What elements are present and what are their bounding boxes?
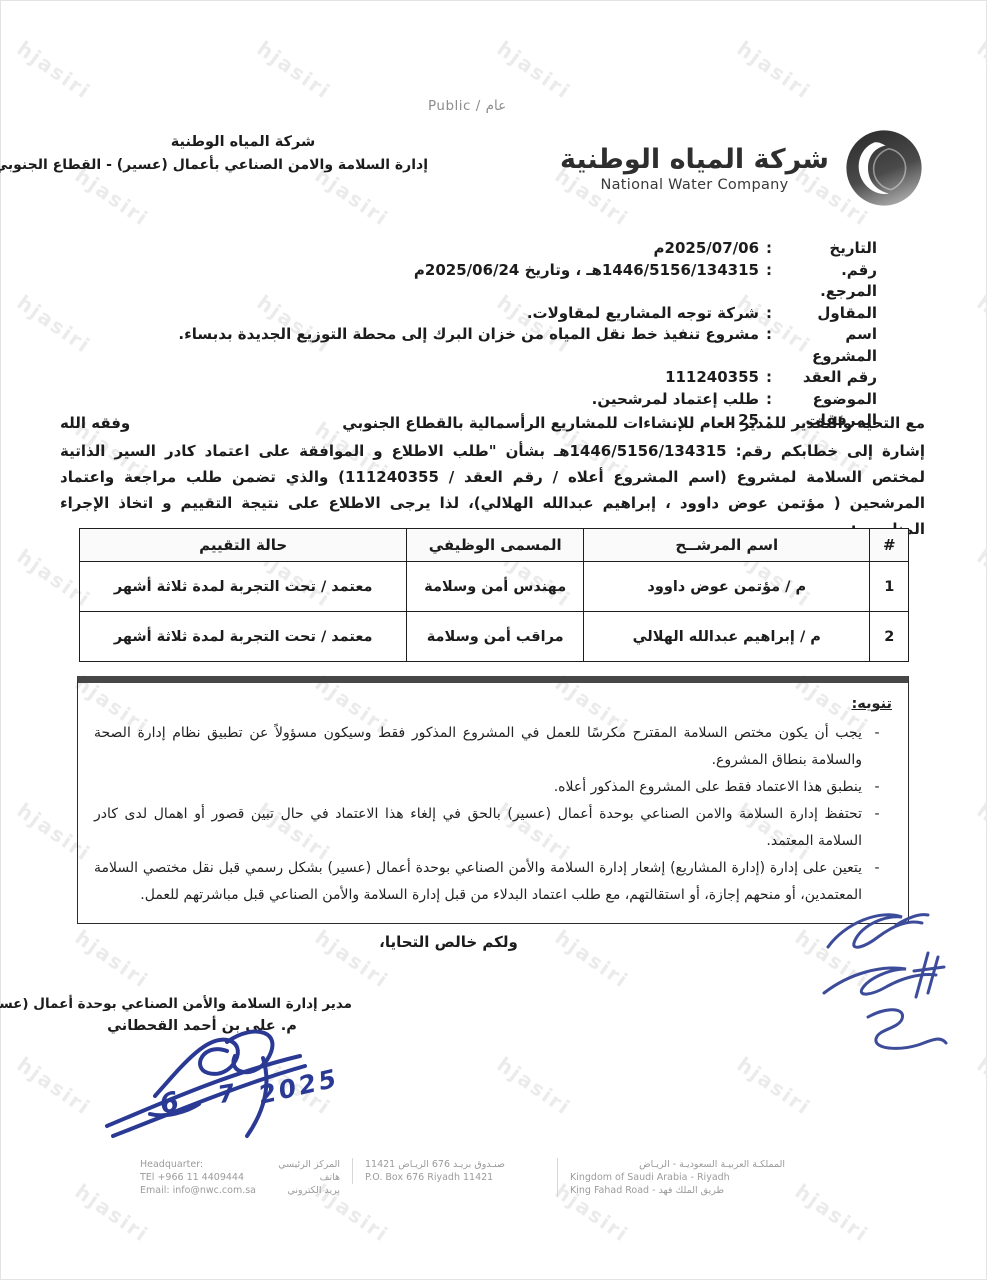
footer-contact-column: Headquarter: المركز الرئيسي TEl +966 11 … [140,1158,352,1197]
bullet-dash: - [862,801,892,855]
brand-text: شركة المياه الوطنية National Water Compa… [560,144,829,193]
meta-colon: : [759,238,779,260]
watermark-text: hjasiri [13,36,96,104]
letterhead: شركة المياه الوطنية إدارة السلامة والامن… [58,128,925,208]
meta-row-contractor: المقاول : شركة توجه المشاريع لمقاولات. [60,303,877,325]
notice-text: تحتفظ إدارة السلامة والامن الصناعي بوحدة… [94,801,862,855]
brand-name-ar: شركة المياه الوطنية [560,144,829,175]
footer-pobox-column: صنـدوق بريـد 676 الريـاض 11421 P.O. Box … [352,1158,557,1184]
meta-colon: : [759,389,779,411]
watermark-text: hjasiri [973,544,987,612]
meta-label: التاريخ [779,238,877,260]
cell-job-title: مراقب أمن وسلامة [407,612,584,662]
email-label-ar: بريد الكتروني [287,1184,340,1197]
meta-value: 2025/07/06م [60,238,759,260]
header-job-title: المسمى الوظيفي [407,529,584,562]
cell-number: 1 [870,562,909,612]
brand-name-en: National Water Company [560,177,829,193]
meta-label: اسم المشروع [779,324,877,367]
watermark-text: hjasiri [493,1052,576,1120]
meta-row-contract-number: رقم العقد : 111240355 [60,367,877,389]
cell-candidate-name: م / إبراهيم عبدالله الهلالي [584,612,870,662]
header-number: # [870,529,909,562]
letter-body: مع التحية والتقدير للمدير العام للإنشاءا… [60,410,925,542]
meta-value: 1446/5156/134315هـ ، وتاريخ 2025/06/24م [60,260,759,282]
meta-label: الموضوع [779,389,877,411]
notice-text: يتعين على إدارة (إدارة المشاريع) إشعار إ… [94,855,862,909]
bullet-dash: - [862,774,892,801]
cell-evaluation-status: معتمد / تحت التجربة لمدة ثلاثة أشهر [80,612,407,662]
handwritten-initials-icon [810,895,965,1070]
watermark-text: hjasiri [733,36,816,104]
cell-number: 2 [870,612,909,662]
notice-item: - تحتفظ إدارة السلامة والامن الصناعي بوح… [94,801,892,855]
watermark-text: hjasiri [253,36,336,104]
classification-label: Public / عام [428,98,506,114]
tel-label-en: TEl +966 11 4409444 [140,1171,244,1184]
meta-row-project: اسم المشروع : مشروع تنفيذ خط نقل المياه … [60,324,877,367]
meta-value: شركة توجه المشاريع لمقاولات. [60,303,759,325]
notice-text: يجب أن يكون مختص السلامة المقترح مكرسًا … [94,720,862,774]
meta-label: رقم العقد [779,367,877,389]
table-row: 2 م / إبراهيم عبدالله الهلالي مراقب أمن … [80,612,909,662]
hq-label-ar: المركز الرئيسي [278,1158,340,1171]
valediction-text: وفقه الله [60,410,130,436]
bullet-dash: - [862,720,892,774]
footer-address-column: المملكـة العربيـة السعوديـة - الريـاض Ki… [557,1158,797,1197]
closing-salutation: ولكم خالص التحايا، [0,933,897,951]
department-name: إدارة السلامة والامن الصناعي بأعمال (عسي… [58,157,428,173]
meta-value: 111240355 [60,367,759,389]
cell-job-title: مهندس أمن وسلامة [407,562,584,612]
watermark-text: hjasiri [973,290,987,358]
kingdom-en: Kingdom of Saudi Arabia - Riyadh [570,1171,785,1184]
table-row: 1 م / مؤتمن عوض داوود مهندس أمن وسلامة م… [80,562,909,612]
kingdom-ar: المملكـة العربيـة السعوديـة - الريـاض [570,1158,785,1171]
scanned-letter-page: hjasirihjasirihjasirihjasirihjasirihjasi… [0,0,987,1280]
meta-value: طلب إعتماد لمرشحين. [60,389,759,411]
meta-row-date: التاريخ : 2025/07/06م [60,238,877,260]
watermark-text: hjasiri [973,1052,987,1120]
watermark-text: hjasiri [733,1052,816,1120]
notice-item: - ينطبق هذا الاعتماد فقط على المشروع الم… [94,774,892,801]
watermark-text: hjasiri [973,798,987,866]
meta-colon: : [759,367,779,389]
pobox-en: P.O. Box 676 Riyadh 11421 [365,1171,545,1184]
greeting-row: مع التحية والتقدير للمدير العام للإنشاءا… [60,410,925,436]
watermark-text: hjasiri [791,1179,874,1247]
hq-label-en: Headquarter: [140,1158,203,1171]
notice-item: - يتعين على إدارة (إدارة المشاريع) إشعار… [94,855,892,909]
email-label-en: Email: info@nwc.com.sa [140,1184,256,1197]
footer-headquarter-row: Headquarter: المركز الرئيسي [140,1158,340,1171]
header-evaluation-status: حالة التقييم [80,529,407,562]
page-footer: Headquarter: المركز الرئيسي TEl +966 11 … [140,1158,797,1197]
meta-label: رقم. المرجع. [779,260,877,303]
tel-label-ar: هاتف [320,1171,340,1184]
meta-row-subject: الموضوع : طلب إعتماد لمرشحين. [60,389,877,411]
watermark-text: hjasiri [973,36,987,104]
notice-text: ينطبق هذا الاعتماد فقط على المشروع المذك… [94,774,862,801]
meta-colon: : [759,303,779,325]
notice-item: - يجب أن يكون مختص السلامة المقترح مكرسً… [94,720,892,774]
company-name-ar: شركة المياه الوطنية [58,134,428,150]
candidates-table: # اسم المرشــح المسمى الوظيفي حالة التقي… [79,528,909,662]
department-block: شركة المياه الوطنية إدارة السلامة والامن… [58,134,428,173]
meta-label: المقاول [779,303,877,325]
pobox-ar: صنـدوق بريـد 676 الريـاض 11421 [365,1158,545,1171]
meta-colon: : [759,260,779,282]
table-header-row: # اسم المرشــح المسمى الوظيفي حالة التقي… [80,529,909,562]
road-line: King Fahad Road - طريق الملك فهد [570,1184,785,1197]
notice-box: تنويه: - يجب أن يكون مختص السلامة المقتر… [77,676,909,924]
brand-block: شركة المياه الوطنية National Water Compa… [560,128,925,208]
meta-row-reference: رقم. المرجع. : 1446/5156/134315هـ ، وتار… [60,260,877,303]
notice-title: تنويه: [94,691,892,718]
meta-colon: : [759,324,779,346]
nwc-logo-icon [843,128,925,208]
header-candidate-name: اسم المرشــح [584,529,870,562]
watermark-text: hjasiri [493,36,576,104]
footer-tel-row: TEl +966 11 4409444 هاتف [140,1171,340,1184]
signer-title: مدير إدارة السلامة والأمن الصناعي بوحدة … [52,996,352,1012]
footer-email-row: Email: info@nwc.com.sa بريد الكتروني [140,1184,340,1197]
watermark-text: hjasiri [13,1052,96,1120]
greeting-text: مع التحية والتقدير للمدير العام للإنشاءا… [342,410,925,436]
cell-evaluation-status: معتمد / تحت التجربة لمدة ثلاثة أشهر [80,562,407,612]
body-paragraph: إشارة إلى خطابكم رقم: 1446/5156/134315هـ… [60,438,925,542]
meta-value: مشروع تنفيذ خط نقل المياه من خزان البرك … [60,324,759,346]
cell-candidate-name: م / مؤتمن عوض داوود [584,562,870,612]
letter-metadata: التاريخ : 2025/07/06م رقم. المرجع. : 144… [60,238,877,432]
